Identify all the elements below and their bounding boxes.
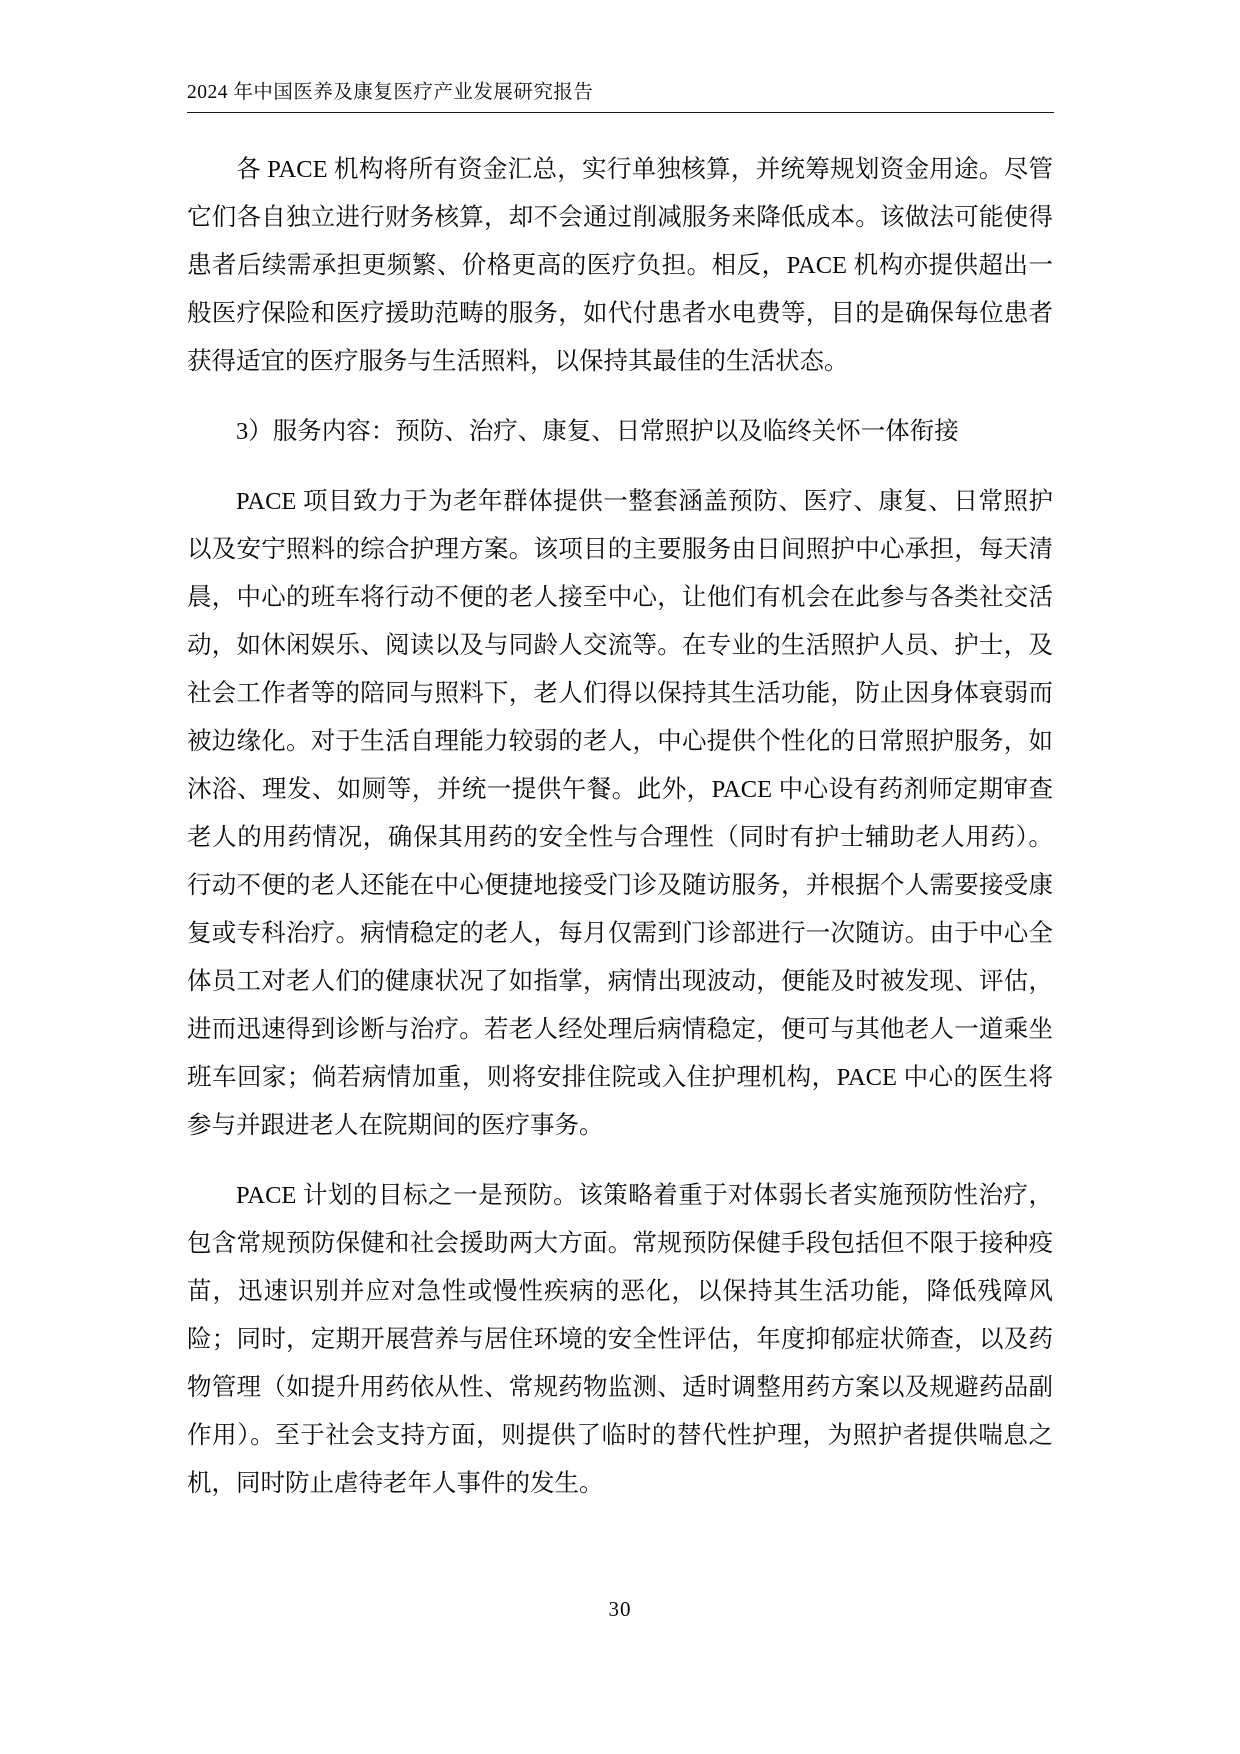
document-page: 2024 年中国医养及康复医疗产业发展研究报告 各 PACE 机构将所有资金汇总… bbox=[0, 0, 1240, 1754]
header-title: 2024 年中国医养及康复医疗产业发展研究报告 bbox=[187, 82, 1054, 104]
page-number: 30 bbox=[0, 1596, 1240, 1622]
page-body: 各 PACE 机构将所有资金汇总，实行单独核算，并统筹规划资金用途。尽管它们各自… bbox=[187, 146, 1053, 1508]
body-paragraph: PACE 项目致力于为老年群体提供一整套涵盖预防、医疗、康复、日常照护以及安宁照… bbox=[187, 478, 1053, 1150]
page-footer: 30 bbox=[0, 1596, 1240, 1622]
body-paragraph: 各 PACE 机构将所有资金汇总，实行单独核算，并统筹规划资金用途。尽管它们各自… bbox=[187, 146, 1053, 386]
body-paragraph: PACE 计划的目标之一是预防。该策略着重于对体弱长者实施预防性治疗，包含常规预… bbox=[187, 1172, 1053, 1508]
section-heading: 3）服务内容：预防、治疗、康复、日常照护以及临终关怀一体衔接 bbox=[187, 408, 1053, 456]
page-header: 2024 年中国医养及康复医疗产业发展研究报告 bbox=[187, 82, 1054, 113]
